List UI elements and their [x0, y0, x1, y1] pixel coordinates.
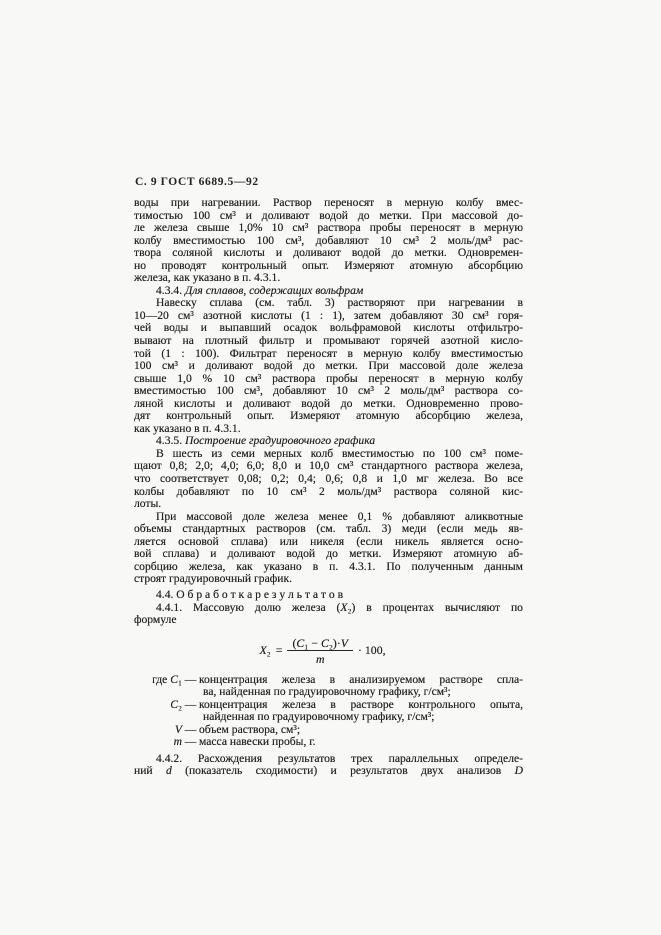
definition-term: C₂ — [134, 699, 182, 712]
text-line: строят градуировочный график. — [134, 573, 523, 586]
text-line: колбы добавляют по 10 см³ 2 моль/дм³ рас… — [134, 486, 523, 499]
scanned-document-page: { "colors": { "page_background": "#f8f8f… — [0, 0, 661, 935]
paragraph: В шесть из семи мерных колб вместимостью… — [134, 448, 523, 511]
definition-description: концентрация железа в анализируемом раст… — [199, 674, 523, 699]
formula-equals: = — [276, 644, 283, 657]
paragraph: При массовой доле железа менее 0,1 % доб… — [134, 511, 523, 586]
definition-term: m — [134, 736, 182, 749]
page-header: С. 9 ГОСТ 6689.5—92 — [135, 176, 259, 188]
text-line: ний d (показатель сходимости) и результа… — [134, 765, 523, 778]
definition-description: масса навески пробы, г. — [199, 736, 523, 749]
text-line: ле железа свыше 1,0% 10 см³ раствора про… — [134, 222, 523, 235]
text-line: что соответствует 0,08; 0,2; 0,4; 0,6; 0… — [134, 473, 523, 486]
definition-description: концентрация железа в растворе контрольн… — [199, 699, 523, 724]
text-line: вой сплава) и доливают водой до метки. И… — [134, 548, 523, 561]
paragraph: воды при нагревании. Раствор переносят в… — [134, 197, 523, 285]
definition-line: найденная по градуировочному графику, г/… — [199, 711, 523, 724]
definition-line: ва, найденная по градуировочному графику… — [199, 686, 523, 699]
definition-line: масса навески пробы, г. — [199, 736, 523, 749]
definition-dash: — — [182, 699, 199, 712]
page: С. 9 ГОСТ 6689.5—92 воды при нагревании.… — [0, 0, 661, 935]
text-line: формуле — [134, 614, 523, 627]
definition-dash: — — [182, 674, 199, 687]
definition-row: m—масса навески пробы, г. — [134, 736, 523, 749]
document-body: воды при нагревании. Раствор переносят в… — [134, 197, 523, 778]
formula-fraction: (C₁ − C₂)·Vm — [287, 637, 353, 665]
paragraph: Навеску сплава (см. табл. 3) растворяют … — [134, 297, 523, 435]
definition-dash: — — [182, 736, 199, 749]
text-line: объемы стандартных растворов (см. табл. … — [134, 523, 523, 536]
formula-multiplier: · 100, — [358, 644, 386, 657]
paragraph: 4.4.1. Массовую долю железа (X₂) в проце… — [134, 602, 523, 627]
text-line: воды при нагревании. Раствор переносят в… — [134, 197, 523, 210]
paragraph: 4.4. О б р а б о т к а р е з у л ь т а т… — [134, 589, 523, 602]
text-line: лоты. — [134, 498, 523, 511]
text-line: 4.4. О б р а б о т к а р е з у л ь т а т… — [134, 589, 523, 602]
text-line: 100 см³ и доливают водой до метки. При м… — [134, 360, 523, 373]
formula: X₂=(C₁ − C₂)·Vm· 100, — [134, 637, 511, 665]
formula-denominator: m — [316, 651, 325, 665]
definition-term: где C₁ — [134, 674, 182, 687]
text-line: твора соляной кислоты и доливают водой д… — [134, 247, 523, 260]
formula-numerator: (C₁ − C₂)·V — [287, 637, 353, 652]
text-line: дят контрольный опыт. Измеряют атомную а… — [134, 410, 523, 423]
text-line: вывают на плотный фильтр и промывают гор… — [134, 335, 523, 348]
text-line: вместимостью 100 см³, добавляют 10 см³ 2… — [134, 385, 523, 398]
paragraph: 4.4.2. Расхождения результатов трех пара… — [134, 753, 523, 778]
formula-lhs: X₂ — [259, 644, 270, 657]
definition-row: где C₁—концентрация железа в анализируем… — [134, 674, 523, 699]
definitions-list: где C₁—концентрация железа в анализируем… — [134, 674, 523, 749]
definition-row: C₂—концентрация железа в растворе контро… — [134, 699, 523, 724]
text-line: 4.4.1. Массовую долю железа (X₂) в проце… — [134, 602, 523, 615]
